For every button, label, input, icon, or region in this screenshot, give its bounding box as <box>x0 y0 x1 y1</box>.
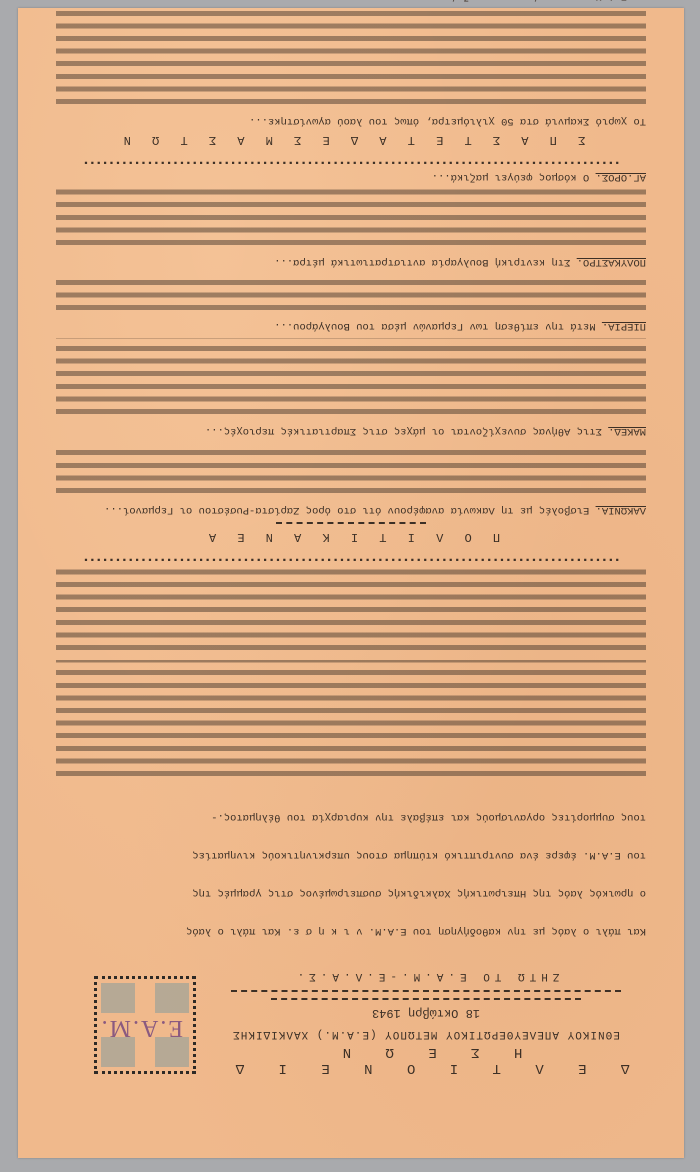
stamp-quadrant <box>155 983 189 1013</box>
section-item: ΛΑΚΩΝΙΑ. Εισβολές με τη Λακωνία αναφέρου… <box>56 503 646 516</box>
section-item: ΠΟΛΥΚΑΣΤΡΟ. Στη κεντρική Βουλγαρία αντισ… <box>56 255 646 268</box>
document-sheet: Δ Ε Λ Τ Ι Ο Ν Ε Ι Δ Η Σ Ε Ω Ν ΕΘΝΙΚΟΥ ΑΠ… <box>18 8 684 1158</box>
stamp-quadrant <box>101 983 135 1013</box>
section-item: ΑΓ.ΟΡΟΣ. Ο κόσμος φεύγει μαζικά... <box>56 171 646 184</box>
stamp-quadrant <box>155 1037 189 1067</box>
text-block <box>56 443 646 497</box>
masthead-text: Δ Ε Λ Τ Ι Ο Ν Ε Ι Δ Η Σ Ε Ω Ν ΕΘΝΙΚΟΥ ΑΠ… <box>206 970 646 1080</box>
stamp-quadrant <box>101 1037 135 1067</box>
masthead: Δ Ε Λ Τ Ι Ο Ν Ε Ι Δ Η Σ Ε Ω Ν ΕΘΝΙΚΟΥ ΑΠ… <box>56 976 646 1080</box>
text-line: του Ε.Α.Μ. έφερε ένα συντριπτικό κτύπημα… <box>56 849 646 862</box>
divider <box>271 998 581 1000</box>
section-item: ΜΑΚΕΔ. Στις Αθήνας συνεχίζονται οι μάχες… <box>56 425 646 438</box>
body-paragraph-1 <box>56 660 646 780</box>
dotted-separator: ▪▪▪▪▪▪▪▪▪▪▪▪▪▪▪▪▪▪▪▪▪▪▪▪▪▪▪▪▪▪▪▪▪▪▪▪▪▪▪▪… <box>56 157 646 167</box>
text-line: Και πάλι ο λαός με την καθοδήγηση του Ε.… <box>56 924 646 937</box>
rotated-content: Δ Ε Λ Τ Ι Ο Ν Ε Ι Δ Η Σ Ε Ω Ν ΕΘΝΙΚΟΥ ΑΠ… <box>18 8 684 1158</box>
text-block <box>56 8 646 108</box>
closing-line: το Ε.Α.Μ. στον αγώνα για τη ζωή.- <box>56 0 646 2</box>
body-paragraph-2 <box>56 568 646 654</box>
document-date: 18 Οκτώβρη 1943 <box>206 1006 646 1020</box>
section-item: ΠΙΕΡΙΑ. Μετά την επίθεση των Γερμανών μέ… <box>56 320 646 333</box>
document-subtitle: ΕΘΝΙΚΟΥ ΑΠΕΛΕΥΘΕΡΩΤΙΚΟΥ ΜΕΤΩΠΟΥ (Ε.Α.Μ.)… <box>206 1028 646 1040</box>
eam-stamp: Ε.Α.Μ. <box>94 976 196 1074</box>
text-line: τους συμμορίτες οργανισμούς και επέβαλε … <box>56 811 646 824</box>
stamp-text: Ε.Α.Μ. <box>100 1014 183 1041</box>
section-heading: Π Ο Λ Ι Τ Ι Κ Α Ν Ε Α <box>56 530 646 544</box>
divider <box>231 990 621 992</box>
section-item: Το χωριό Σκαμνιά στα 50 χιλιόμετρα, όπως… <box>56 114 646 127</box>
divider <box>276 522 426 524</box>
slogan: ΖΗΤΩ ΤΟ Ε.Α.Μ.-Ε.Λ.Α.Σ. <box>206 970 646 982</box>
intro-paragraph: Και πάλι ο λαός με την καθοδήγηση του Ε.… <box>56 786 646 962</box>
text-block <box>56 274 646 314</box>
section-heading: Σ Π Α Σ Τ Ε Τ Α Δ Ε Σ Μ Α Σ Τ Ω Ν <box>56 133 646 147</box>
text-line: ο ηρωικός λαός της Ηπειρωτικής Χαλκιδική… <box>56 886 646 899</box>
text-block <box>56 339 646 419</box>
text-block <box>56 189 646 249</box>
document-title: Δ Ε Λ Τ Ι Ο Ν Ε Ι Δ Η Σ Ε Ω Ν <box>206 1044 646 1076</box>
dotted-separator: ▪▪▪▪▪▪▪▪▪▪▪▪▪▪▪▪▪▪▪▪▪▪▪▪▪▪▪▪▪▪▪▪▪▪▪▪▪▪▪▪… <box>56 554 646 564</box>
